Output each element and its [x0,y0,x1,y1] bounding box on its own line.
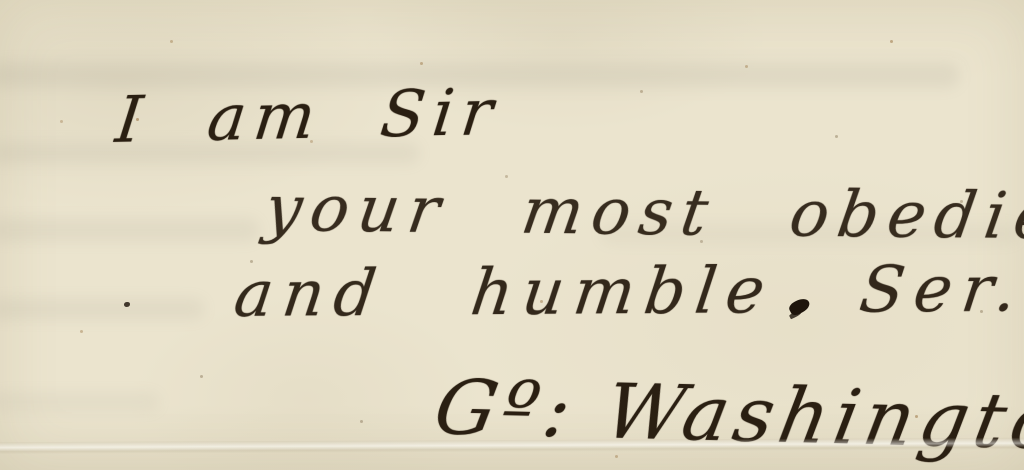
manuscript-page: I am Sir your most obedient and humble S… [0,0,1024,470]
bleedthrough-smudge [0,298,205,320]
signature-g-washington: Gº: Washington [428,362,1024,467]
bleedthrough-smudge [0,218,260,242]
bleedthrough-smudge [0,392,160,412]
closing-line-your-most-obedient: your most obedient [260,172,1024,255]
closing-line-i-am-sir: I am Sir [112,76,504,158]
stray-ink-dot [124,302,130,307]
closing-line-and-humble-ser: and humble Ser. [230,252,1024,332]
